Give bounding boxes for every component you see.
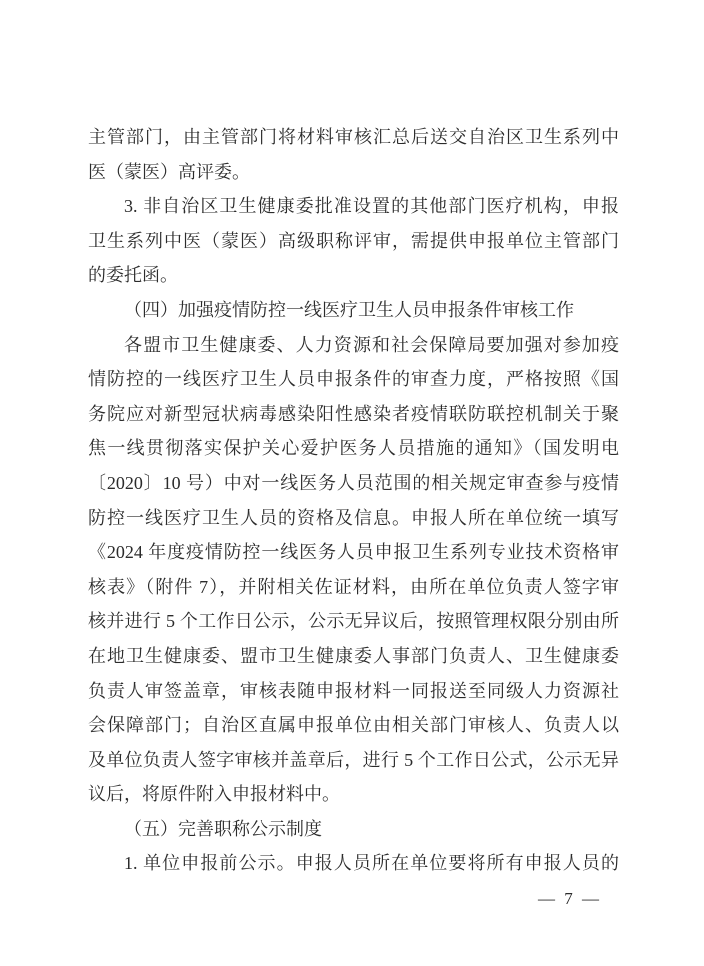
document-body-text: 主管部门，由主管部门将材料审核汇总后送交自治区卫生系列中 医（蒙医）高评委。 3… xyxy=(88,120,619,881)
text-line: 核表》（附件 7），并附相关佐证材料，由所在单位负责人签字审 xyxy=(88,570,619,605)
text-line: 在地卫生健康委、盟市卫生健康委人事部门负责人、卫生健康委 xyxy=(88,639,619,674)
text-line: 负责人审签盖章，审核表随申报材料一同报送至同级人力资源社 xyxy=(88,674,619,709)
text-line: 焦一线贯彻落实保护关心爱护医务人员措施的通知》（国发明电 xyxy=(88,431,619,466)
text-line: 主管部门，由主管部门将材料审核汇总后送交自治区卫生系列中 xyxy=(88,120,619,155)
text-line: 各盟市卫生健康委、人力资源和社会保障局要加强对参加疫 xyxy=(88,328,619,363)
text-line: 情防控的一线医疗卫生人员申报条件的审查力度，严格按照《国 xyxy=(88,362,619,397)
section-heading-5: （五）完善职称公示制度 xyxy=(88,812,619,847)
text-line: 议后，将原件附入申报材料中。 xyxy=(88,777,619,812)
text-line: 防控一线医疗卫生人员的资格及信息。申报人所在单位统一填写 xyxy=(88,501,619,536)
text-line: 会保障部门；自治区直属申报单位由相关部门审核人、负责人以 xyxy=(88,708,619,743)
section-heading-4: （四）加强疫情防控一线医疗卫生人员申报条件审核工作 xyxy=(88,293,619,328)
text-line: 3. 非自治区卫生健康委批准设置的其他部门医疗机构，申报 xyxy=(88,189,619,224)
text-line: 的委托函。 xyxy=(88,258,619,293)
text-line: 《2024 年度疫情防控一线医务人员申报卫生系列专业技术资格审 xyxy=(88,535,619,570)
text-line: 医（蒙医）高评委。 xyxy=(88,155,619,190)
text-line: 1. 单位申报前公示。申报人员所在单位要将所有申报人员的 xyxy=(88,846,619,881)
text-line: 及单位负责人签字审核并盖章后，进行 5 个工作日公式，公示无异 xyxy=(88,743,619,778)
text-line: 务院应对新型冠状病毒感染阳性感染者疫情联防联控机制关于聚 xyxy=(88,397,619,432)
text-line: 〔2020〕10 号）中对一线医务人员范围的相关规定审查参与疫情 xyxy=(88,466,619,501)
text-line: 卫生系列中医（蒙医）高级职称评审，需提供申报单位主管部门 xyxy=(88,224,619,259)
document-page: 主管部门，由主管部门将材料审核汇总后送交自治区卫生系列中 医（蒙医）高评委。 3… xyxy=(0,0,704,966)
text-line: 核并进行 5 个工作日公示，公示无异议后，按照管理权限分别由所 xyxy=(88,604,619,639)
page-number: — 7 — xyxy=(538,888,599,910)
